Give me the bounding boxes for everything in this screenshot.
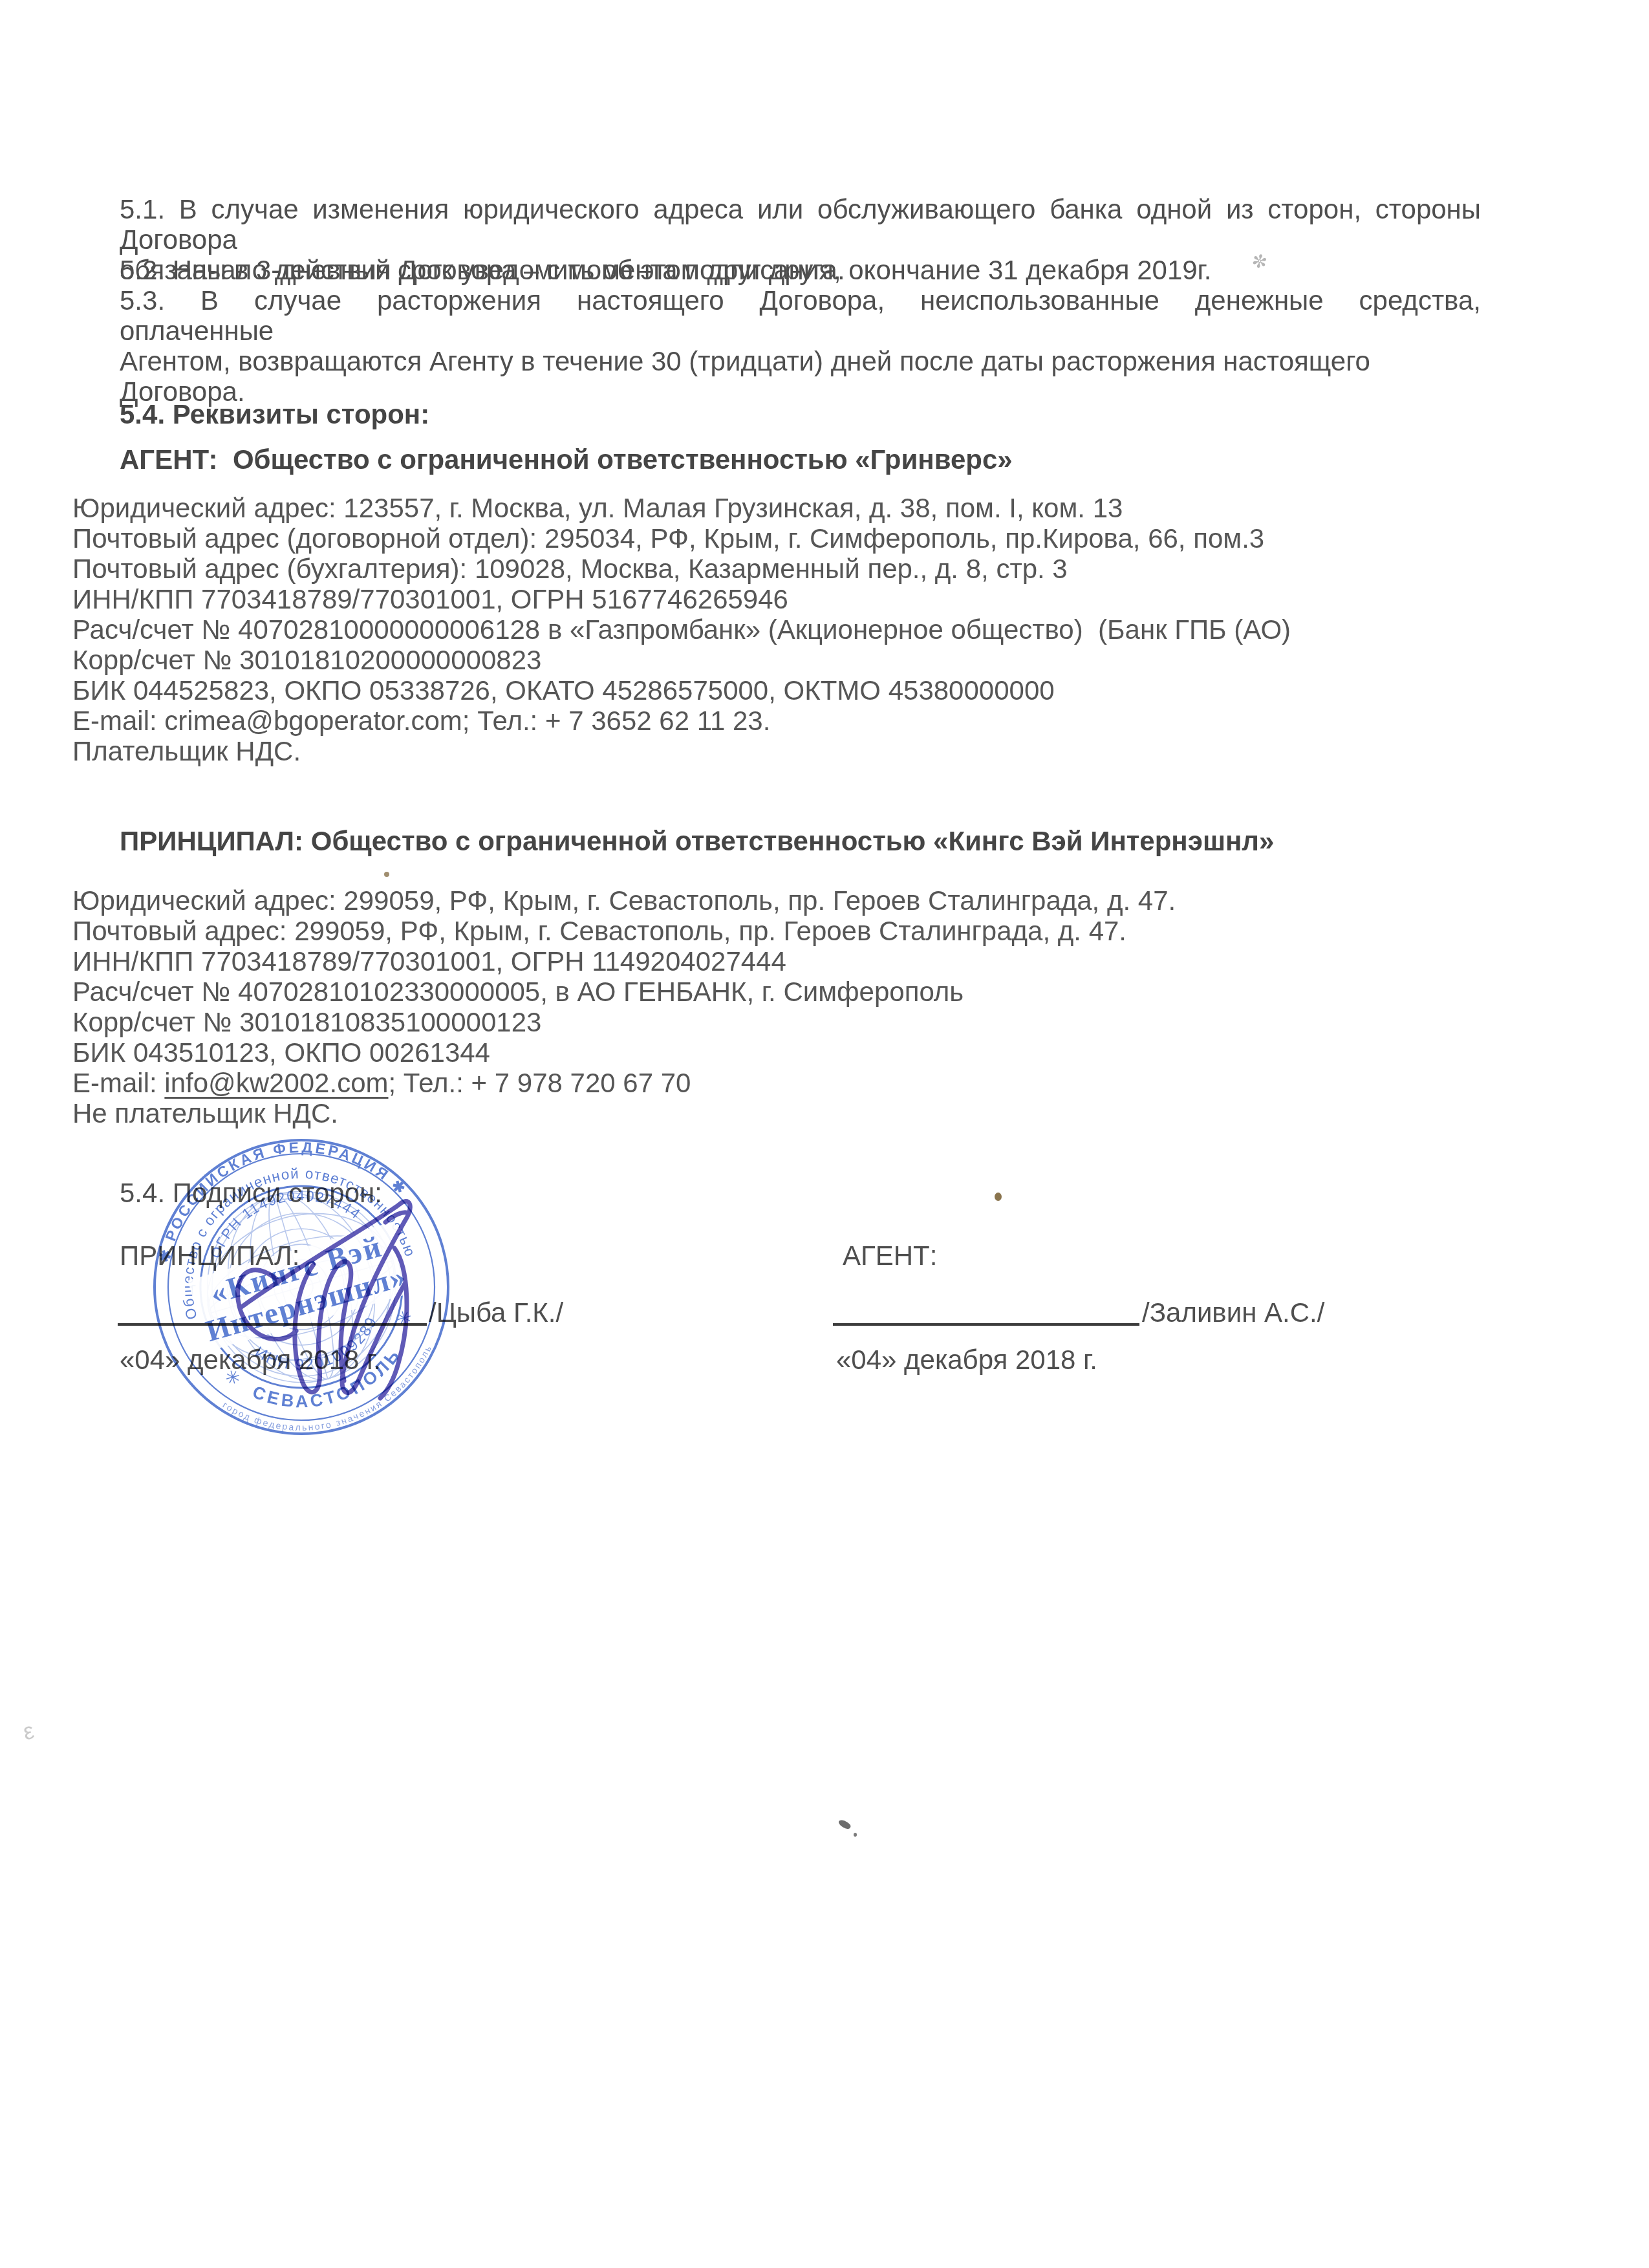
principal-phone: ; Тел.: + 7 978 720 67 70	[389, 1068, 691, 1098]
agent-date: «04» декабря 2018 г.	[836, 1345, 1097, 1375]
ink-dot-small	[384, 872, 389, 877]
principal-settlement-account: Расч/счет № 40702810102330000005, в АО Г…	[72, 977, 1176, 1007]
clause-5-1-line1: 5.1. В случае изменения юридического адр…	[120, 194, 1481, 255]
agent-heading: АГЕНТ: Общество с ограниченной ответстве…	[120, 444, 1013, 475]
principal-bik-okpo: БИК 043510123, ОКПО 00261344	[72, 1037, 1176, 1068]
agent-settlement-account: Расч/счет № 40702810000000006128 в «Газп…	[72, 614, 1291, 645]
scanned-contract-page: { "clauses": { "c51_l1": "5.1. В случае …	[0, 0, 1649, 2268]
clause-5-3: 5.3. В случае расторжения настоящего Дог…	[120, 285, 1481, 407]
agent-signature-line	[833, 1323, 1139, 1326]
clause-5-3-line2: Агентом, возвращаются Агенту в течение 3…	[120, 346, 1481, 407]
agent-requisites: Юридический адрес: 123557, г. Москва, ул…	[72, 493, 1291, 766]
principal-requisites: Юридический адрес: 299059, РФ, Крым, г. …	[72, 885, 1176, 1129]
ink-smudge	[837, 1818, 852, 1830]
agent-legal-address: Юридический адрес: 123557, г. Москва, ул…	[72, 493, 1291, 523]
principal-heading: ПРИНЦИПАЛ: Общество с ограниченной ответ…	[120, 826, 1274, 856]
agent-label: АГЕНТ:	[843, 1240, 937, 1271]
agent-postal-address-contract: Почтовый адрес (договорной отдел): 29503…	[72, 523, 1291, 554]
agent-vat-status: Плательщик НДС.	[72, 736, 1291, 766]
principal-email-phone: E-mail: info@kw2002.com; Тел.: + 7 978 7…	[72, 1068, 1176, 1098]
principal-vat-status: Не плательщик НДС.	[72, 1098, 1176, 1129]
email-label: E-mail:	[72, 1068, 164, 1098]
signature-strokes	[181, 1183, 466, 1429]
handwritten-signature	[181, 1183, 466, 1429]
agent-email-phone: E-mail: crimea@bgoperator.com; Тел.: + 7…	[72, 706, 1291, 736]
scan-curl-mark: ε	[21, 1717, 36, 1745]
agent-correspondent-account: Корр/счет № 30101810200000000823	[72, 645, 1291, 675]
ink-smudge-dot	[854, 1833, 857, 1837]
ink-dot	[995, 1193, 1002, 1201]
principal-email: info@kw2002.com	[164, 1068, 388, 1098]
principal-postal-address: Почтовый адрес: 299059, РФ, Крым, г. Сев…	[72, 916, 1176, 946]
agent-postal-address-accounting: Почтовый адрес (бухгалтерия): 109028, Мо…	[72, 554, 1291, 584]
requisites-heading: 5.4. Реквизиты сторон:	[120, 399, 429, 429]
principal-correspondent-account: Корр/счет № 30101810835100000123	[72, 1007, 1176, 1037]
agent-inn-kpp-ogrn: ИНН/КПП 7703418789/770301001, ОГРН 51677…	[72, 584, 1291, 614]
agent-bik-okpo: БИК 044525823, ОКПО 05338726, ОКАТО 4528…	[72, 675, 1291, 706]
agent-signatory-name: /Заливин А.С./	[1142, 1297, 1324, 1328]
principal-inn-kpp-ogrn: ИНН/КПП 7703418789/770301001, ОГРН 11492…	[72, 946, 1176, 977]
principal-legal-address: Юридический адрес: 299059, РФ, Крым, г. …	[72, 885, 1176, 916]
clause-5-2: 5.2. Начало действия Договора – с момент…	[120, 255, 1481, 285]
clause-5-3-line1: 5.3. В случае расторжения настоящего Дог…	[120, 285, 1481, 346]
